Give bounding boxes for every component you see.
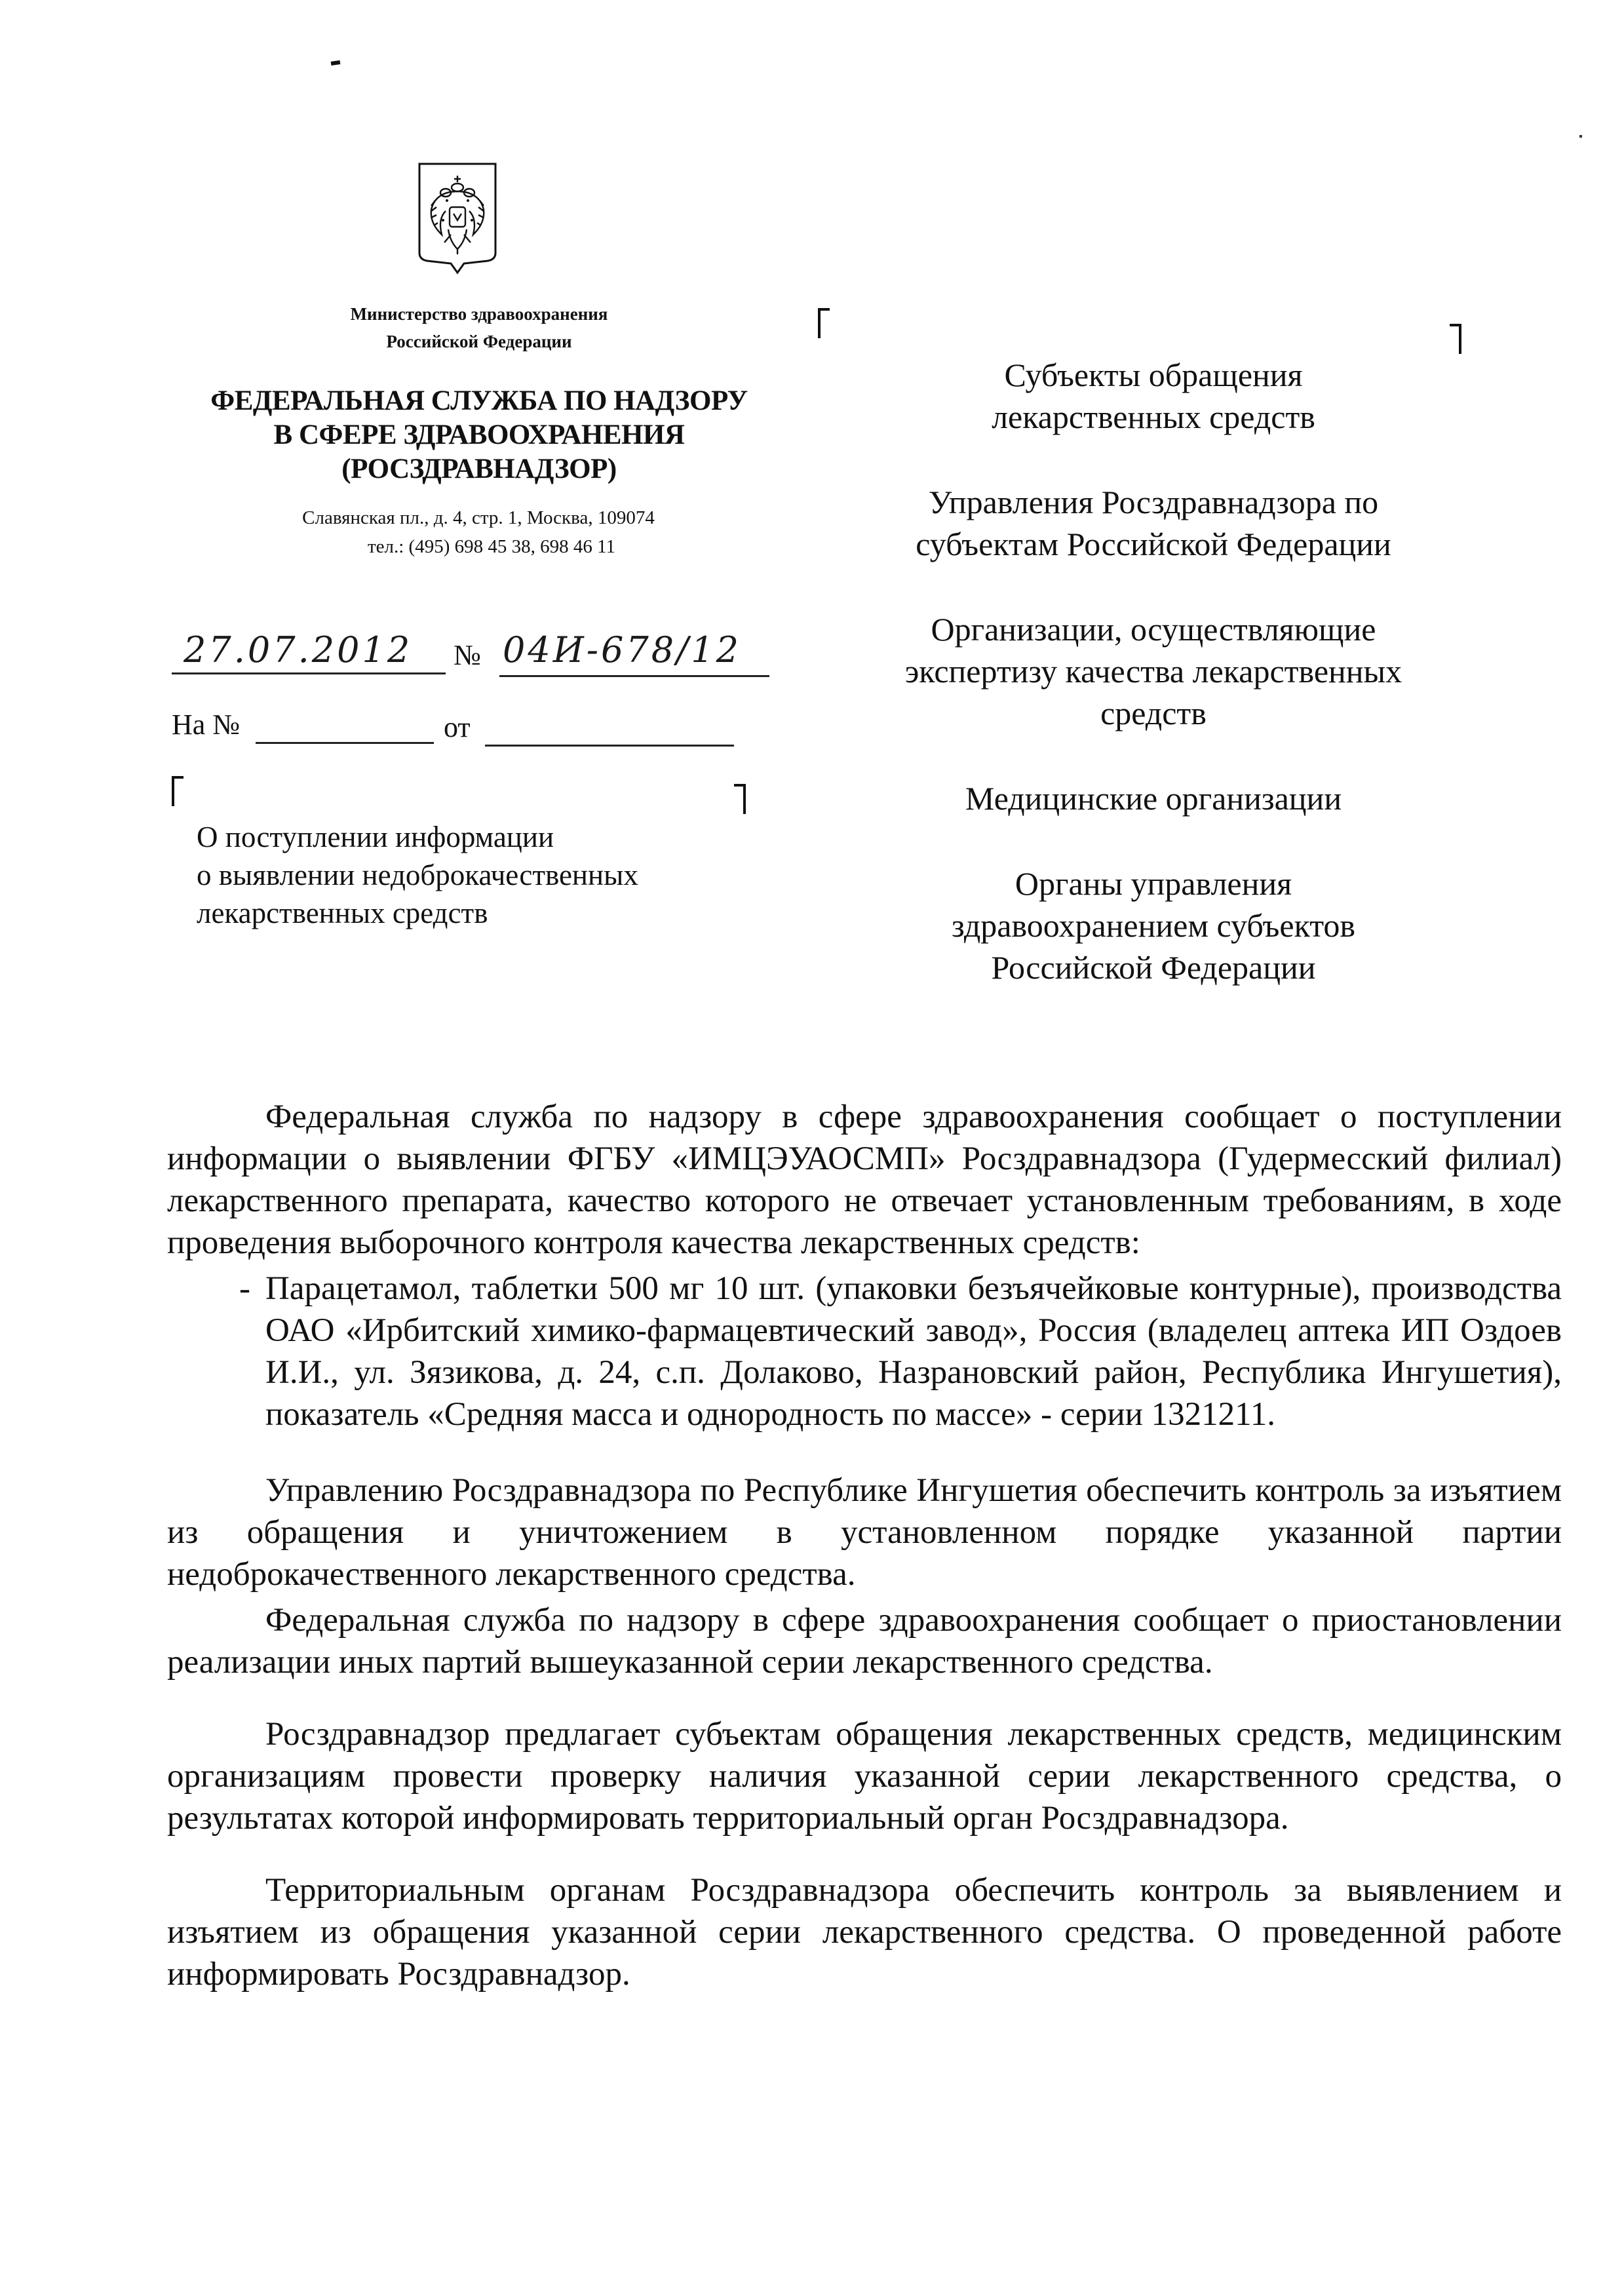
addressee-bracket-left — [818, 308, 830, 338]
service-title-line: (РОСЗДРАВНАДЗОР) — [151, 452, 807, 486]
addressee-line: Управления Росздравнадзора по — [839, 481, 1468, 523]
addressee: Управления Росздравнадзора по субъектам … — [839, 481, 1468, 565]
addressee: Органы управления здравоохранением субъе… — [839, 863, 1468, 988]
addressee: Субъекты обращения лекарственных средств — [839, 354, 1468, 438]
registration-date: 27.07.2012 — [184, 629, 412, 671]
addressee: Медицинские организации — [839, 777, 1468, 819]
subject-bracket-right — [734, 784, 746, 814]
reply-date-field — [485, 745, 734, 747]
subject-line: лекарственных средств — [197, 894, 786, 932]
letter-subject: О поступлении информации о выявлении нед… — [197, 818, 786, 932]
body-paragraph: Федеральная служба по надзору в сфере зд… — [167, 1599, 1562, 1683]
addressee-block: Субъекты обращения лекарственных средств… — [839, 354, 1468, 1032]
addressee-line: Органы управления — [839, 863, 1468, 905]
addressee-line: экспертизу качества лекарственных — [839, 650, 1468, 692]
service-title-line: ФЕДЕРАЛЬНАЯ СЛУЖБА ПО НАДЗОРУ — [151, 384, 807, 418]
reply-from-label: от — [444, 710, 471, 744]
addressee-line: Организации, осуществляющие — [839, 608, 1468, 650]
service-title-line: В СФЕРЕ ЗДРАВООХРАНЕНИЯ — [151, 418, 807, 452]
registration-line: 27.07.2012 № 04И-678/12 — [172, 629, 827, 682]
reply-number-field — [256, 742, 434, 744]
number-underline — [499, 675, 769, 677]
drug-description: Парацетамол, таблетки 500 мг 10 шт. (упа… — [265, 1270, 1562, 1433]
addressee: Организации, осуществляющие экспертизу к… — [839, 608, 1468, 734]
addressee-line: Российской Федерации — [839, 946, 1468, 988]
letter-body: Федеральная служба по надзору в сфере зд… — [167, 1096, 1562, 1999]
body-paragraph: Федеральная служба по надзору в сфере зд… — [167, 1096, 1562, 1264]
defective-drug-item: - Парацетамол, таблетки 500 мг 10 шт. (у… — [265, 1268, 1562, 1435]
ministry-name: Министерство здравоохранения Российской … — [282, 300, 676, 355]
list-marker: - — [239, 1268, 250, 1310]
body-paragraph: Управлению Росздравнадзора по Республике… — [167, 1469, 1562, 1595]
phone-line: тел.: (495) 698 45 38, 698 46 11 — [216, 532, 741, 561]
scan-speck — [331, 60, 341, 66]
date-underline — [172, 672, 446, 674]
body-paragraph: Росздравнадзор предлагает субъектам обра… — [167, 1713, 1562, 1839]
addressee-line: субъектам Российской Федерации — [839, 523, 1468, 565]
body-paragraph: Территориальным органам Росздравнадзора … — [167, 1869, 1562, 1995]
service-address: Славянская пл., д. 4, стр. 1, Москва, 10… — [216, 503, 741, 561]
address-line: Славянская пл., д. 4, стр. 1, Москва, 10… — [216, 503, 741, 532]
registration-number: 04И-678/12 — [503, 629, 741, 671]
addressee-line: Медицинские организации — [839, 777, 1468, 819]
addressee-line: лекарственных средств — [839, 396, 1468, 438]
scan-speck — [1579, 135, 1582, 138]
coat-of-arms-icon — [417, 161, 498, 277]
subject-line: о выявлении недоброкачественных — [197, 856, 786, 894]
service-title: ФЕДЕРАЛЬНАЯ СЛУЖБА ПО НАДЗОРУ В СФЕРЕ ЗД… — [151, 384, 807, 486]
ministry-line: Министерство здравоохранения — [282, 300, 676, 328]
number-sign: № — [454, 638, 481, 672]
addressee-line: средств — [839, 692, 1468, 734]
reply-number-label: На № — [172, 708, 240, 741]
subject-bracket-left — [172, 776, 184, 806]
subject-line: О поступлении информации — [197, 818, 786, 856]
addressee-line: здравоохранением субъектов — [839, 905, 1468, 946]
addressee-line: Субъекты обращения — [839, 354, 1468, 396]
addressee-bracket-right — [1450, 324, 1461, 354]
reply-reference-line: На № от — [172, 708, 827, 754]
ministry-line: Российской Федерации — [282, 328, 676, 355]
